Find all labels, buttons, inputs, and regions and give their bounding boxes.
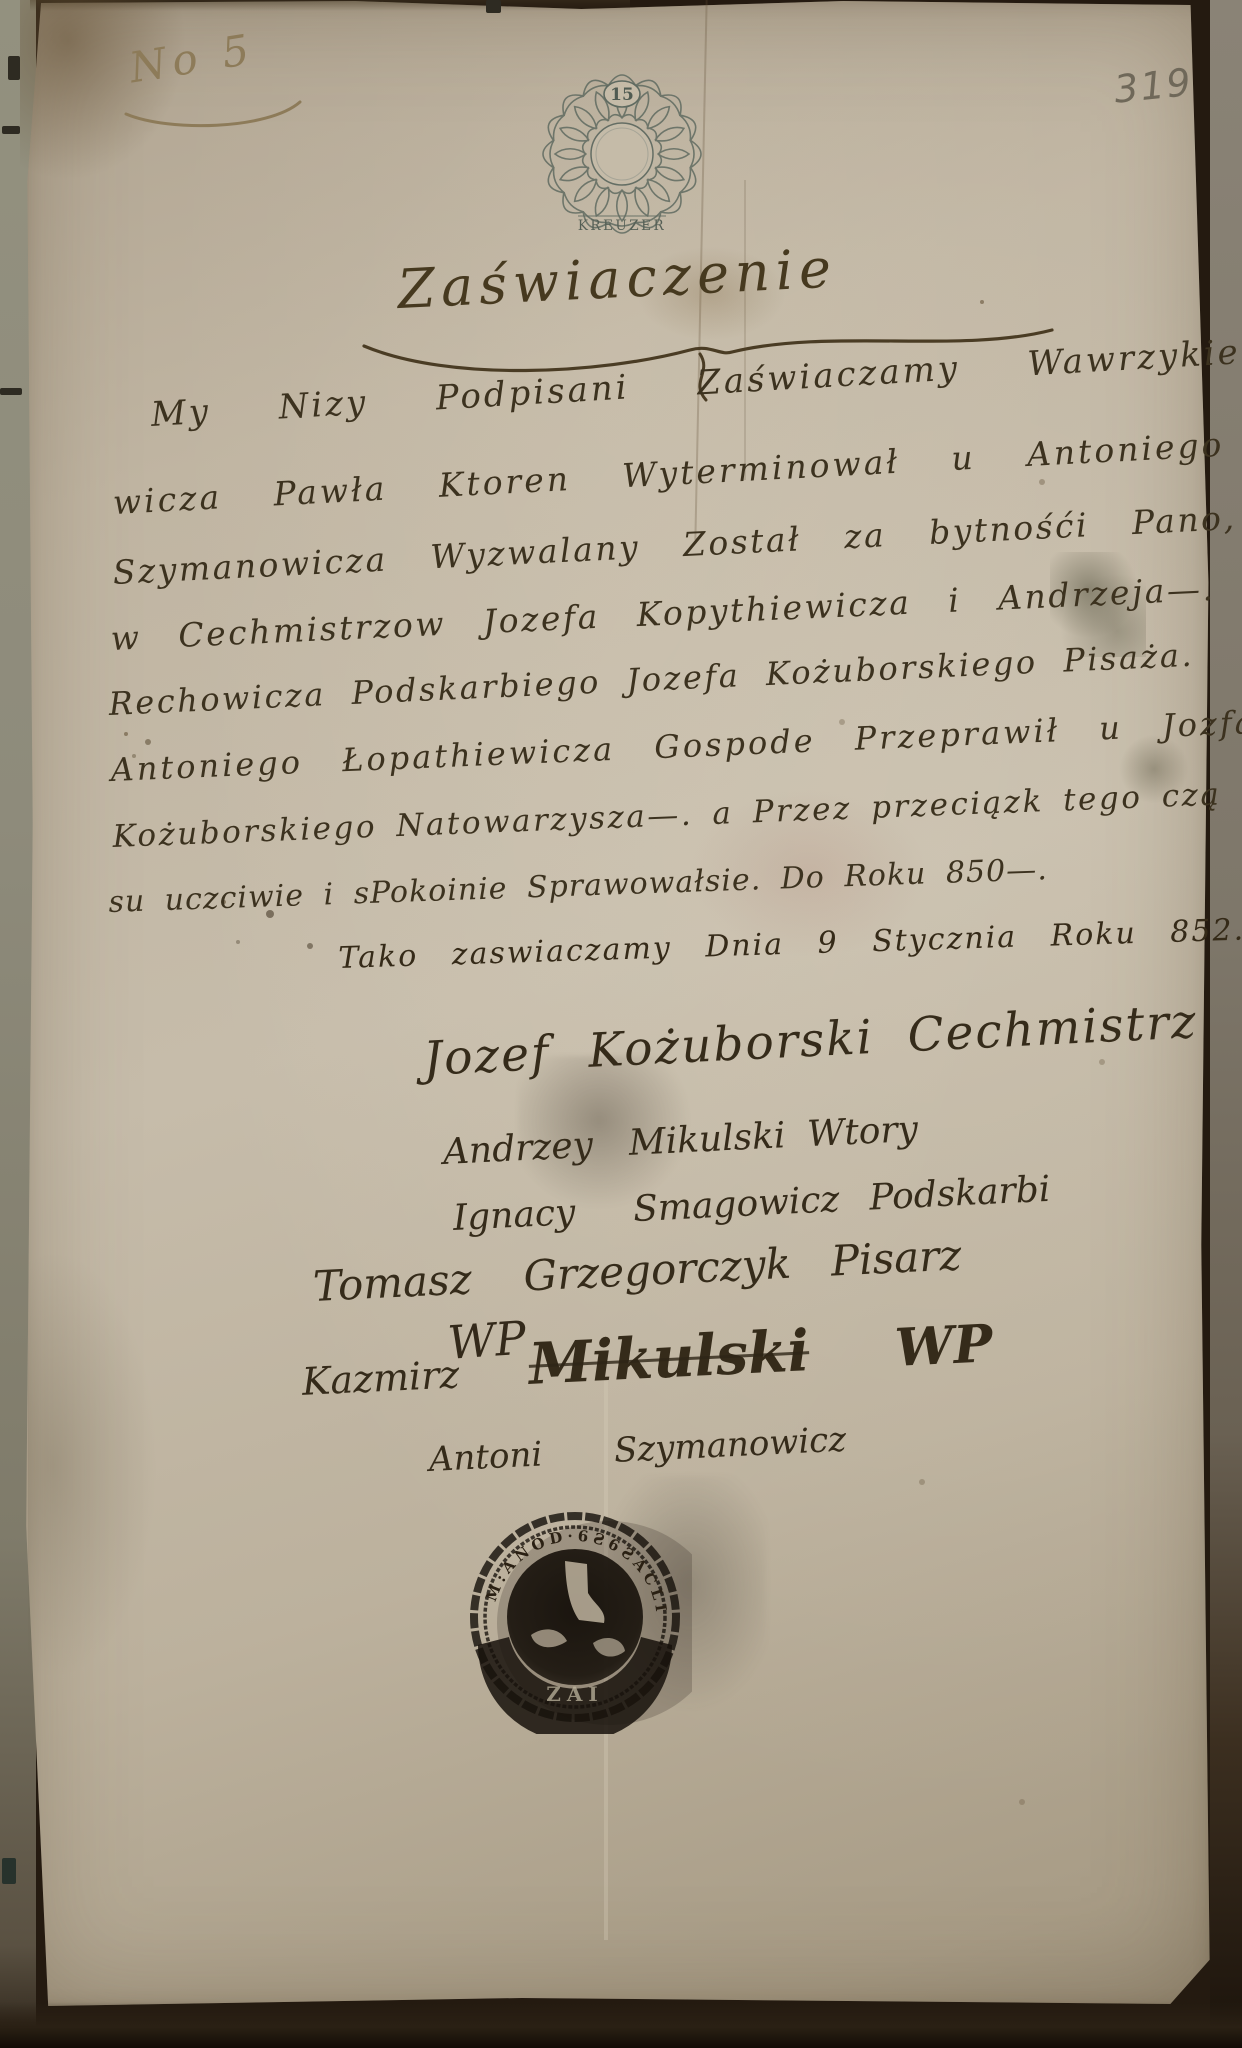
stamp-value: 15	[610, 85, 634, 105]
signature-role: WP	[894, 1313, 994, 1379]
scanned-document-photo: No 5 319 15 KREUZER Zaświaczenie My Nizy…	[0, 0, 1242, 2048]
top-edge-mark	[486, 0, 501, 13]
table-surface-bottom	[0, 2002, 1242, 2048]
edge-ink-mark	[0, 388, 22, 395]
signature-first-name: Jozef	[422, 1026, 552, 1087]
signature-surname: Mikulski	[628, 1115, 787, 1164]
page-number: 319	[1112, 60, 1195, 112]
edge-ink-mark	[2, 126, 20, 134]
signature-first-name: Ignacy	[452, 1192, 576, 1239]
signature-first-name: Kazmirz	[301, 1352, 460, 1404]
stamp-center	[591, 123, 653, 185]
foxing-dots	[980, 300, 984, 304]
ink-dots	[124, 732, 128, 736]
stamp-denomination: KREUZER	[578, 218, 666, 234]
paper-top-curl-shadow	[30, 0, 630, 11]
edge-ink-mark	[8, 56, 20, 80]
signature-surname: Mikulski	[527, 1317, 811, 1398]
signature-first-name: Tomasz	[312, 1254, 473, 1311]
table-surface-right	[1210, 0, 1242, 2048]
revenue-stamp: 15 KREUZER	[530, 62, 714, 246]
guild-seal: M:ANOD·6Ƨ6ƧACLI ZAI	[458, 1500, 692, 1734]
signature-role: Pisarz	[830, 1230, 963, 1285]
edge-ink-mark	[2, 1858, 16, 1884]
signature-first-name: Antoni	[428, 1434, 543, 1479]
annotation-underline-flourish	[118, 86, 308, 136]
signature-first-name: Andrzey	[442, 1125, 594, 1173]
seal-bottom-text: ZAI	[546, 1682, 603, 1706]
signature-role: Wtory	[806, 1109, 919, 1155]
